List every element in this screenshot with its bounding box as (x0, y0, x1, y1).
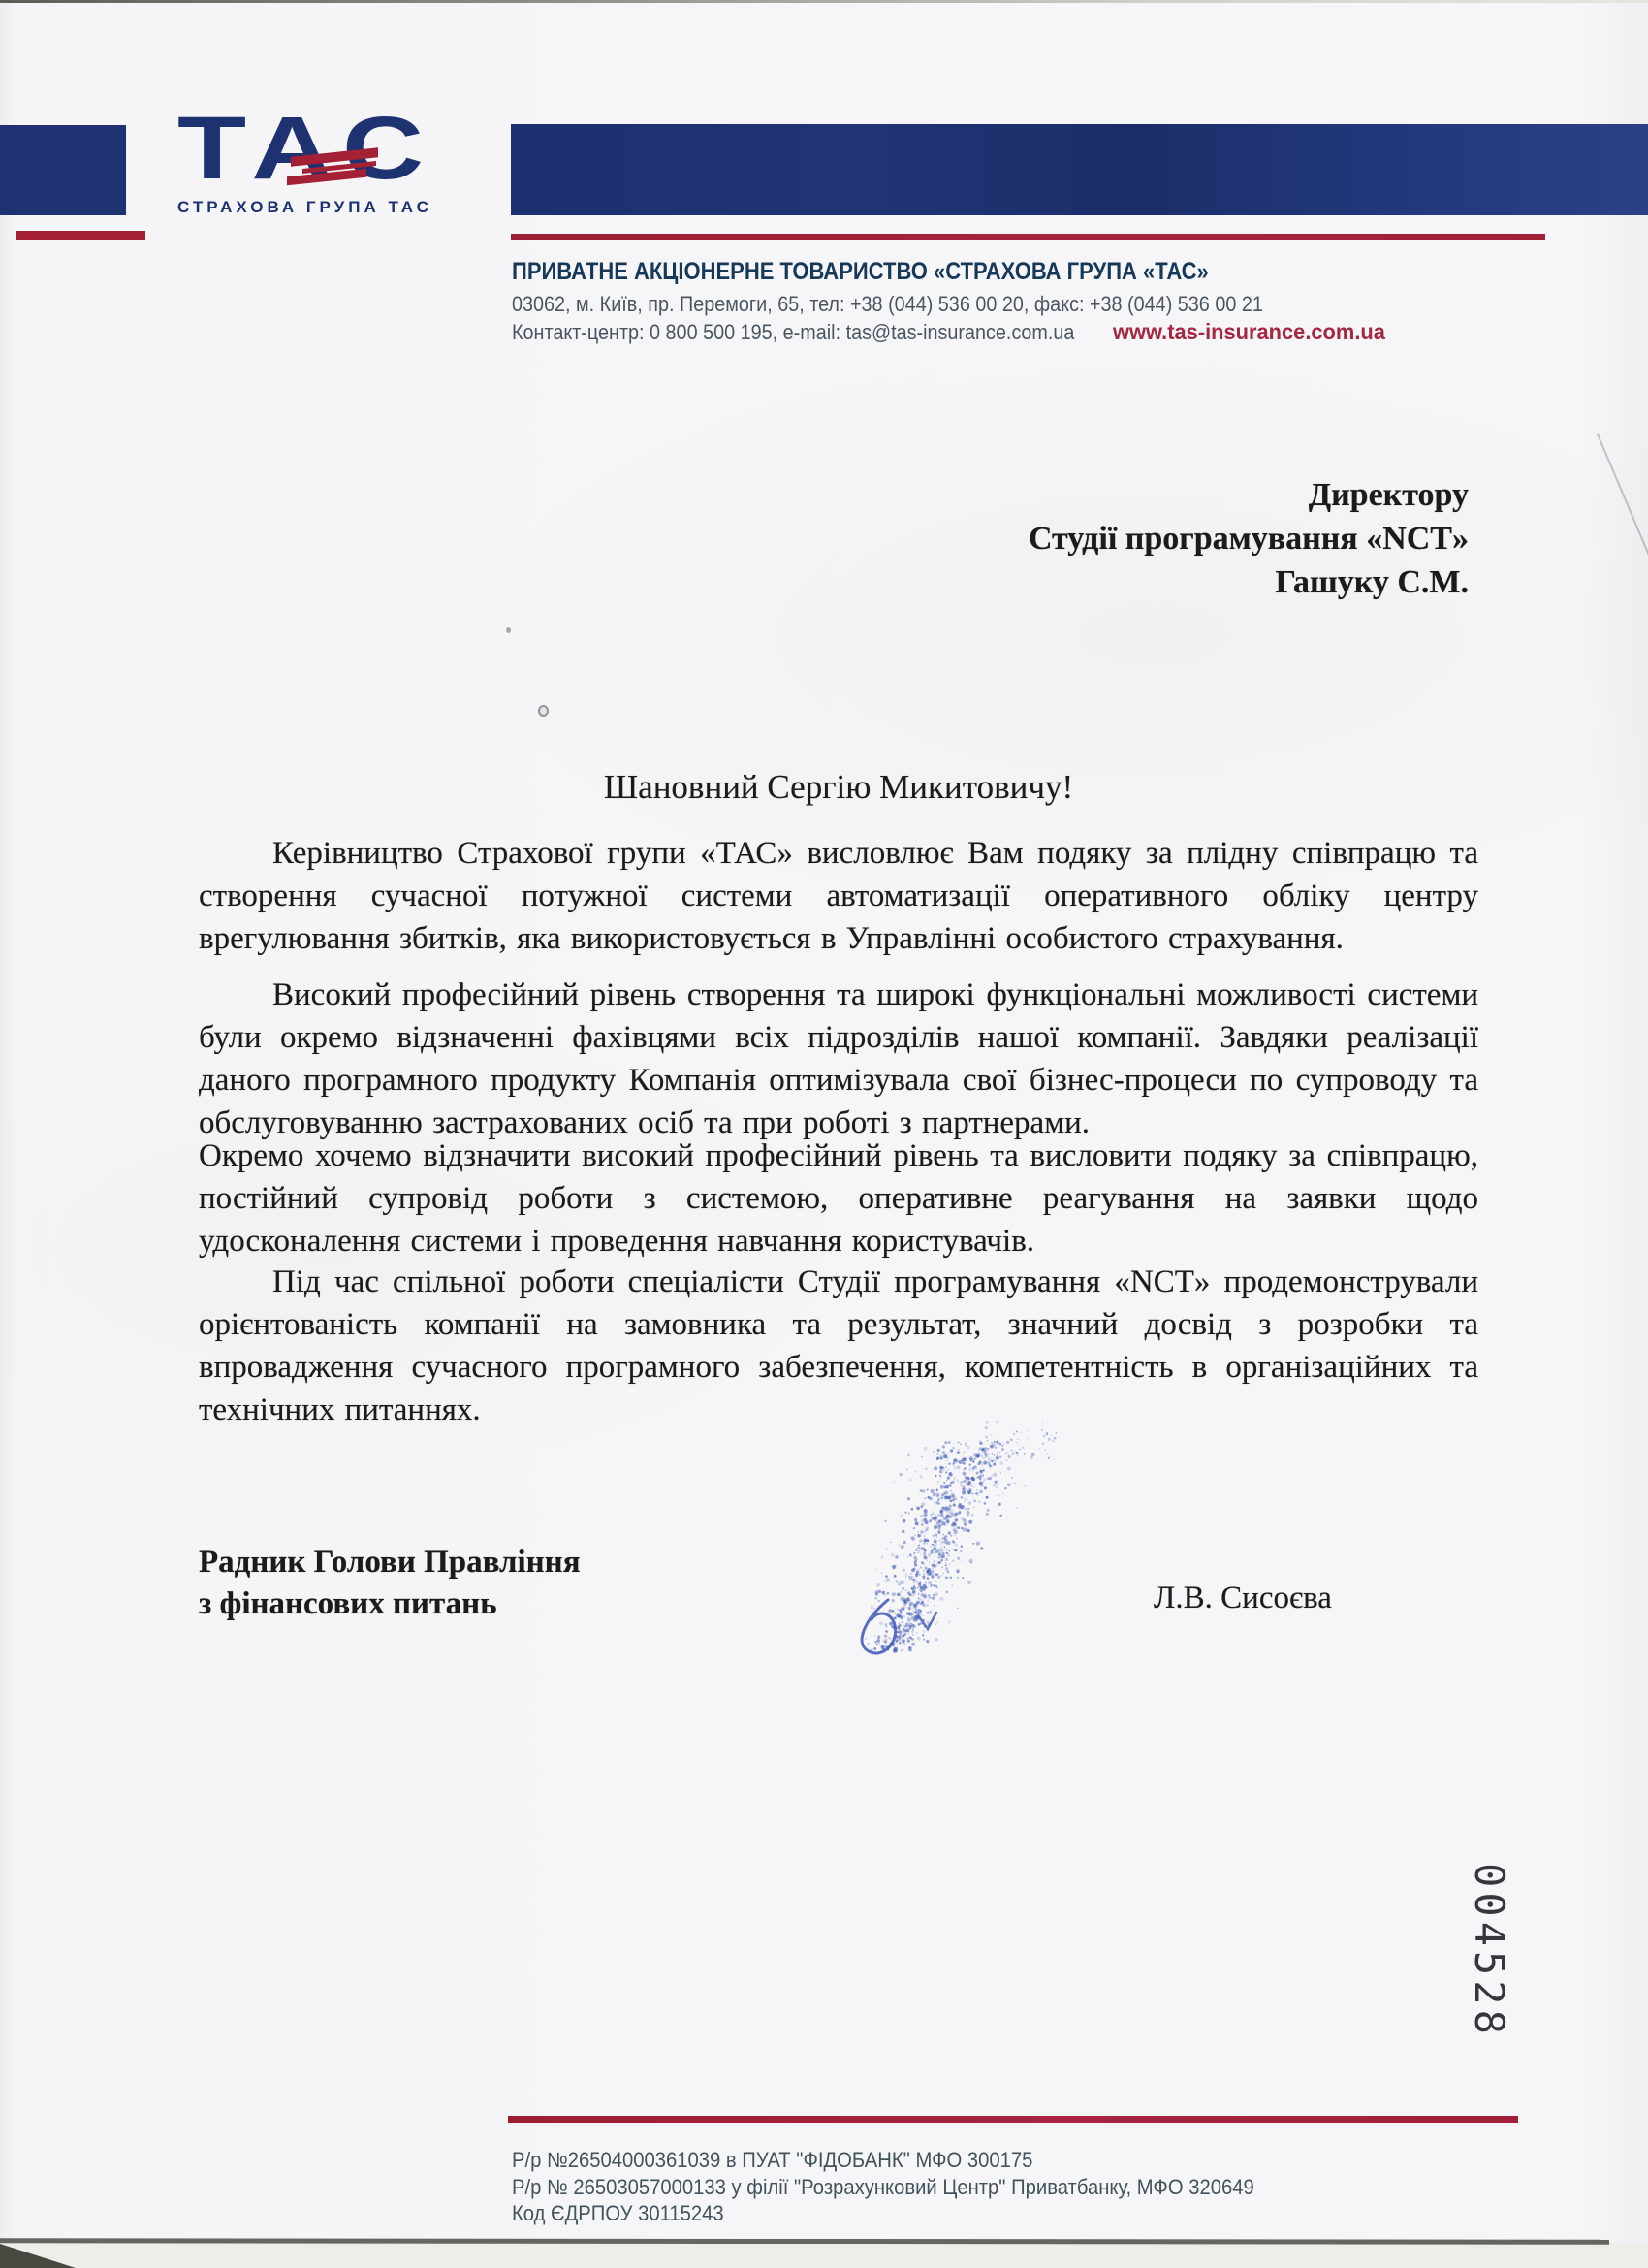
footer-line: Код ЄДРПОУ 30115243 (512, 2200, 1315, 2227)
salutation: Шановний Сергію Микитовичу! (199, 768, 1478, 807)
footer-line: Р/р № 26503057000133 у філії "Розрахунко… (512, 2174, 1315, 2201)
recipient-line: Студії програмування «NCT» (969, 517, 1469, 560)
letter-paragraph-4: Під час спільної роботи спеціалісти Студ… (199, 1261, 1478, 1431)
signer-title-line: з фінансових питань (199, 1583, 877, 1625)
scanned-letter-page: ТАС СТРАХОВА ГРУПА ТАС ПРИВАТНЕ АКЦІОНЕР… (0, 0, 1648, 2268)
company-website: www.tas-insurance.com.ua (1113, 319, 1385, 345)
letterhead-red-line (511, 234, 1545, 240)
company-contact: Контакт-центр: 0 800 500 195, e-mail: ta… (512, 320, 1074, 345)
footer-bank-details: Р/р №26504000361039 в ПУАТ "ФІДОБАНК" МФ… (512, 2147, 1315, 2227)
dust-speck (538, 705, 549, 717)
recipient-line: Гашуку С.М. (969, 560, 1469, 604)
paper-crease (1597, 433, 1648, 575)
letter-paragraph-3: Окремо хочемо відзначити високий професі… (199, 1134, 1478, 1262)
scan-top-edge (0, 0, 1648, 3)
document-number-stamp: 004528 (1467, 1844, 1513, 2058)
signer-name: Л.В. Сисоєва (1154, 1581, 1474, 1616)
company-address: 03062, м. Київ, пр. Перемоги, 65, тел: +… (512, 292, 1263, 317)
letterhead-left-block (0, 125, 126, 215)
letter-paragraph-2: Високий професійний рівень створення та … (199, 974, 1478, 1144)
footer-red-line (508, 2116, 1518, 2123)
recipient-line: Директору (969, 473, 1469, 517)
tas-logo-red-stripes (287, 152, 384, 183)
scan-corner-shadow (0, 2244, 76, 2268)
recipient-block: Директору Студії програмування «NCT» Гаш… (969, 473, 1469, 604)
company-name: ПРИВАТНЕ АКЦІОНЕРНЕ ТОВАРИСТВО «СТРАХОВА… (512, 258, 1209, 286)
dust-speck (506, 627, 511, 633)
footer-line: Р/р №26504000361039 в ПУАТ "ФІДОБАНК" МФ… (512, 2147, 1315, 2174)
letter-paragraph-1: Керівництво Страхової групи «ТАС» вислов… (199, 832, 1478, 960)
signer-title-line: Радник Голови Правління (199, 1542, 877, 1583)
signer-title: Радник Голови Правління з фінансових пит… (199, 1542, 877, 1625)
logo-tagline: СТРАХОВА ГРУПА ТАС (177, 198, 449, 217)
letterhead-blue-band (511, 124, 1648, 215)
letterhead-left-red-bar (16, 231, 145, 240)
scan-bottom-band (0, 2243, 1648, 2268)
